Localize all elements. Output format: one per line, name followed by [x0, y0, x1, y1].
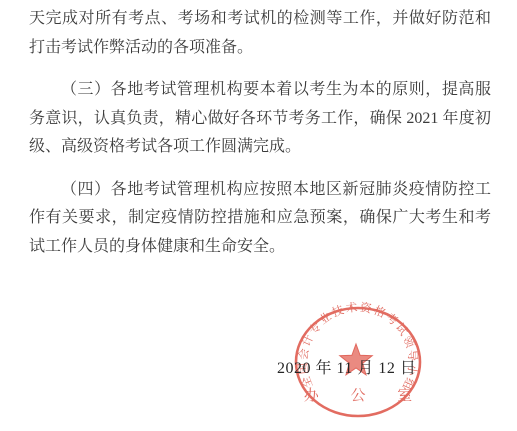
document-body: 天完成对所有考点、考场和考试机的检测等工作，并做好防范和打击考试作弊活动的各项准…	[0, 0, 517, 261]
document-date: 2020 年 11 月 12 日	[277, 355, 416, 378]
document-page: 天完成对所有考点、考场和考试机的检测等工作，并做好防范和打击考试作弊活动的各项准…	[0, 0, 517, 431]
seal-bottom-text: 办 公 室	[304, 387, 424, 404]
seal-arc-text: 全国会计专业技术资格考试领导小组	[296, 301, 421, 393]
paragraph-item-three: （三）各地考试管理机构要本着以考生为本的原则，提高服务意识，认真负责，精心做好各…	[29, 76, 491, 162]
paragraph-item-four: （四）各地考试管理机构应按照本地区新冠肺炎疫情防控工作有关要求，制定疫情防控措施…	[29, 176, 491, 262]
seal-arc-textpath: 全国会计专业技术资格考试领导小组	[296, 301, 421, 393]
paragraph-continuation: 天完成对所有考点、考场和考试机的检测等工作，并做好防范和打击考试作弊活动的各项准…	[29, 5, 491, 62]
